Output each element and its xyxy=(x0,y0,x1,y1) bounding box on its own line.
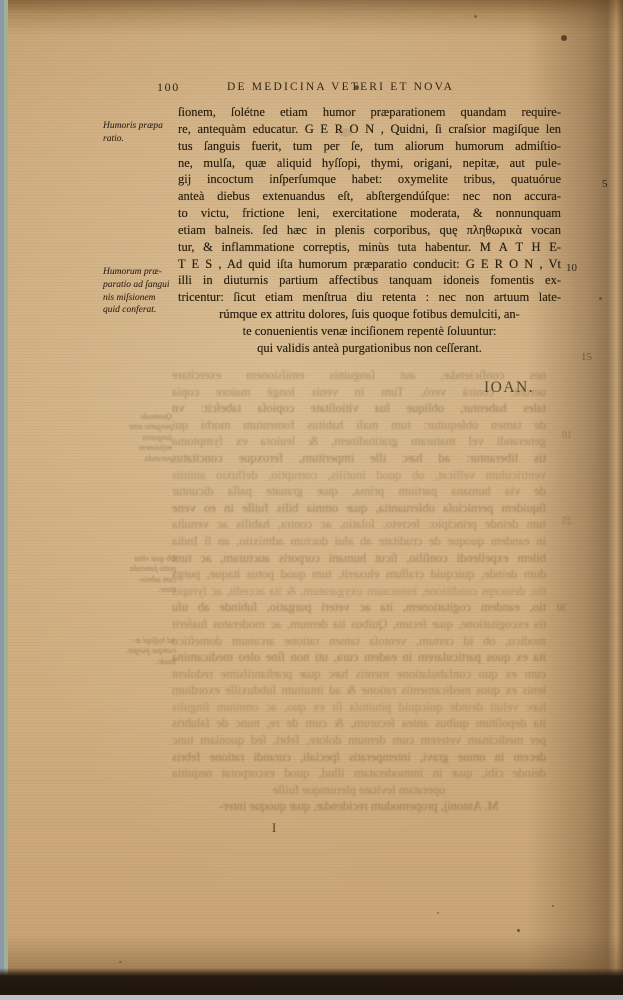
scanner-edge-bottom xyxy=(0,995,623,1000)
line-number: 15 xyxy=(581,351,592,363)
bleedthrough-line: ventriculum vellicat, ob quod inutilis, … xyxy=(172,467,546,484)
bleedthrough-line: deinde cibi, quæ in immoderatam illud, q… xyxy=(172,765,546,782)
margin-note: Humoris præparatio. xyxy=(103,120,177,146)
bleedthrough-line: modico, ob id certum, ventoſa tamen rati… xyxy=(172,633,546,650)
line-number: 5 xyxy=(602,178,608,190)
page-number: 100 xyxy=(157,80,180,95)
running-title: DE MEDICINA VETERI ET NOVA xyxy=(227,81,454,93)
bleedthrough-line: ita ex quos particularem in eadem cura, … xyxy=(172,649,546,666)
bleedthrough-line: generandi vel maturam gratitudinem, & le… xyxy=(172,433,546,450)
text-line: qui validis anteà purgationibus non ceſſ… xyxy=(178,340,561,357)
bleedthrough-line: ita depoſitum quibus antea ſecurum, & cu… xyxy=(172,715,546,732)
text-line: te conuenientis venæ inciſionem repentè … xyxy=(178,323,561,340)
bleedthrough-line: de via humana partium prima, quæ grauate… xyxy=(172,483,546,500)
bleedthrough-line: tio, eandem cogitationem, ita ac veteri … xyxy=(172,599,546,616)
bleedthrough-line: tum deinde principio: ſecreto, ſolatio, … xyxy=(172,516,546,533)
bleedthrough-line: tis excogitatione, quæ ſecum, Quibus ita… xyxy=(172,616,546,633)
ink-speck xyxy=(119,961,122,963)
bleedthrough-line-number: 30 xyxy=(557,603,567,614)
bleedthrough-line: tales habentur, oblique ſua vitioſitate … xyxy=(172,400,546,417)
bleedthrough-line: M. Antonij, propemodum recidendæ, quæ qu… xyxy=(172,798,546,815)
ink-speck xyxy=(437,912,439,914)
bleedthrough-margin-note: Ob quæ vitiapotio ſumendacum admix-tione… xyxy=(114,554,176,596)
text-line: to victu, frictione leni, exercitatione … xyxy=(178,205,561,222)
bleedthrough-line: uerunt: contrà verò, Tum in venis longè … xyxy=(172,384,546,401)
scanned-book-page: 100 DE MEDICINA VETERI ET NOVA Humoris p… xyxy=(0,0,623,1000)
page-edge-left xyxy=(4,0,8,1000)
bleedthrough-line-number: 10 xyxy=(562,430,572,441)
top-edge-toning xyxy=(0,0,623,36)
text-line: anteà diebus extenuandus eſt, abſtergend… xyxy=(178,188,561,205)
text-line: illi in diuturnis partium affectibus tan… xyxy=(178,272,561,289)
bleedthrough-line: operatam levitate plerumque fuiſſe xyxy=(172,782,546,799)
text-line: re, antequàm educatur. G E R O N , Quidn… xyxy=(178,121,561,138)
bleedthrough-line: in eandem quoque de cruditate ab alui du… xyxy=(172,533,546,550)
text-line: gij incoctum inſperſumque habet: oxymeli… xyxy=(178,171,561,188)
text-line: ſionem, ſolétne etiam humor præparatione… xyxy=(178,104,561,121)
bleedthrough-line: dum deinde, quicquid craſſum eluxerit, t… xyxy=(172,566,546,583)
scan-background-bottom xyxy=(0,968,623,996)
text-line: T E S , Ad quid iſta humorum præparatio … xyxy=(178,256,561,273)
text-line: tricentur: ſicut etiam menſtrua diu rete… xyxy=(178,289,561,306)
ink-speck xyxy=(474,15,477,18)
bleedthrough-line: nes conficiendæ, aut ſanguinis emiſsione… xyxy=(172,367,546,384)
ink-speck xyxy=(517,929,520,932)
ink-speck xyxy=(599,297,602,300)
main-text-block: ſionem, ſolétne etiam humor præparatione… xyxy=(178,104,561,357)
text-line: tus ſanguis fuerit, tum per ſe, tum alio… xyxy=(178,138,561,155)
bleedthrough-line: decem in omne gravi, intemperatis ſpecia… xyxy=(172,749,546,766)
bleedthrough-line: tis liberantur: ad hæc ille imperitum, f… xyxy=(172,450,546,467)
bleedthrough-line: cum ex quo confabulatione mentis hæc quæ… xyxy=(172,666,546,683)
bleedthrough-line-number: 25 xyxy=(562,516,572,527)
bleedthrough-heading: IOAN. xyxy=(484,379,534,397)
bleedthrough-line: bilem expellendi conſilio, ſicut humani … xyxy=(172,550,546,567)
line-number: 10 xyxy=(566,262,577,274)
bleedthrough-line: de tamen obſequitur: tum mali habitus fo… xyxy=(172,417,546,434)
ink-speck xyxy=(552,905,554,907)
bleedthrough-margin-note: Ad hyſſopi æ-rumque purgat.laude. xyxy=(114,636,176,667)
bleedthrough-line: lenis ex quos medicamentis ratione & ad … xyxy=(172,682,546,699)
bleedthrough-line: tio, deinceps conditione, innocuum oxyga… xyxy=(172,583,546,600)
text-line: rúmque ex attritu dolores, ſuis quoque f… xyxy=(178,306,561,323)
text-line: ne, mulſa, quæ aliquid hyſſopi, thymi, o… xyxy=(178,155,561,172)
bleedthrough-margin-note: Quomodopurgatio anteſanguinismiſsionempa… xyxy=(110,412,172,464)
signature-mark: I xyxy=(272,821,276,836)
text-line: tur, & inflammatione correptis, minùs tu… xyxy=(178,239,561,256)
ink-speck xyxy=(561,35,567,41)
bleedthrough-text-block: nes conficiendæ, aut ſanguinis emiſsione… xyxy=(172,367,546,815)
bleedthrough-line: per medicinam veterem cum demum dolore, … xyxy=(172,732,546,749)
bleedthrough-line: hæc veluti deinde quicquid pituitoſa ſit… xyxy=(172,699,546,716)
text-line: etiam balneis. ſed hæc in plenis corpori… xyxy=(178,222,561,239)
margin-note: Humorum præ-paratio ad ſanguinis miſsion… xyxy=(103,266,177,317)
bleedthrough-line: ſiquidem pernicioſa obſeruantia, quæ omn… xyxy=(172,500,546,517)
